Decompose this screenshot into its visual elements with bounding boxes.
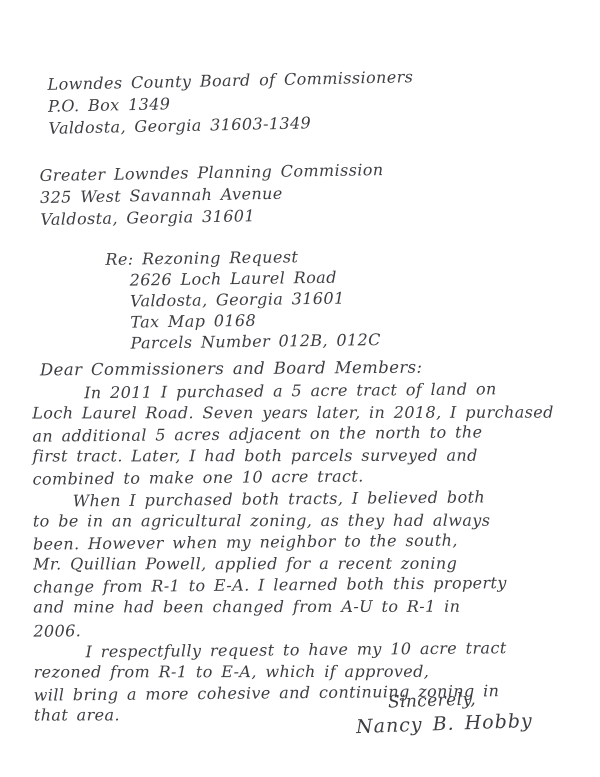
body-paragraph: When I purchased both tracts, I believed… (33, 487, 590, 641)
body-line: When I purchased both tracts, I believed… (73, 485, 589, 512)
scanned-letter-page: Lowndes County Board of Commissioners P.… (0, 0, 600, 777)
body-line: In 2011 I purchased a 5 acre tract of la… (84, 377, 588, 403)
body-line: and mine had been changed from A-U to R-… (33, 595, 589, 618)
body-line: change from R-1 to E-A. I learned both t… (33, 572, 589, 599)
re-subject-block: Re: Rezoning Request 2626 Loch Laurel Ro… (105, 245, 381, 354)
recipient-address-planning-commission: Greater Lowndes Planning Commission 325 … (39, 159, 384, 231)
address-line: Valdosta, Georgia 31601 (40, 203, 384, 231)
body-line: will bring a more cohesive and continuin… (34, 680, 590, 707)
recipient-address-board: Lowndes County Board of Commissioners P.… (47, 66, 414, 140)
closing: Sincerely, (388, 688, 477, 713)
signature: Nancy B. Hobby (356, 710, 533, 738)
salutation: Dear Commissioners and Board Members: (40, 357, 423, 382)
body-line: I respectfully request to have my 10 acr… (85, 637, 589, 663)
letter-body: In 2011 I purchased a 5 acre tract of la… (32, 379, 590, 727)
body-paragraph: In 2011 I purchased a 5 acre tract of la… (32, 379, 589, 490)
body-line: an additional 5 acres adjacent on the no… (32, 421, 588, 448)
body-line: been. However when my neighbor to the so… (33, 528, 589, 555)
re-line: Parcels Number 012B, 012C (130, 329, 381, 353)
re-line: Valdosta, Georgia 31601 (130, 287, 381, 311)
